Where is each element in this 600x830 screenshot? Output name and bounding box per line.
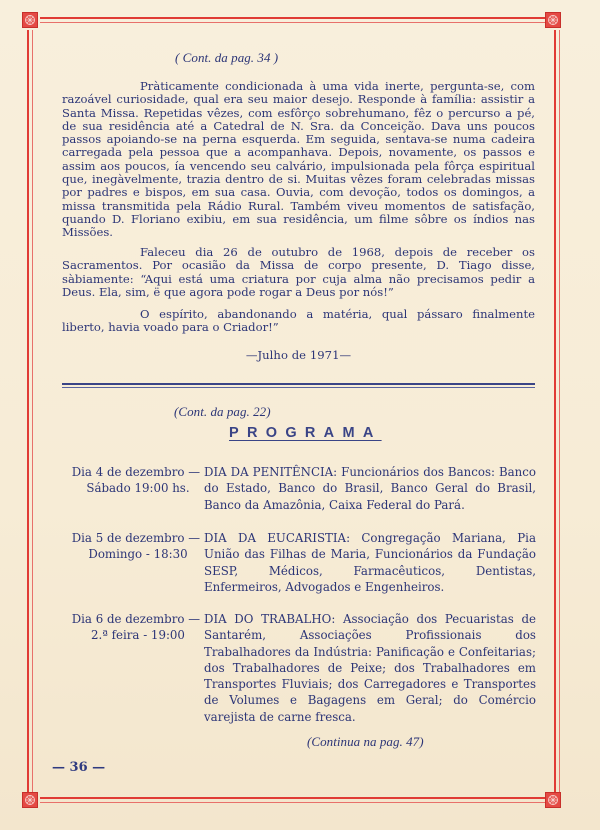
programa-item-date: Dia 5 de dezembro — Domingo - 18:30 [62,530,200,563]
corner-ornament-icon [545,12,561,28]
corner-ornament-icon [22,12,38,28]
programa-item-description: DIA DA PENITÊNCIA: Funcionários dos Banc… [204,464,536,513]
page-number: — 36 — [52,760,105,775]
programa-title: PROGRAMA [229,425,382,441]
corner-ornament-icon [22,792,38,808]
programa-item-time: Domingo - 18:30 [62,546,200,562]
corner-ornament-icon [545,792,561,808]
programa-item-date: Dia 4 de dezembro — Sábado 19:00 hs. [62,464,200,497]
programa-item-description: DIA DO TRABALHO: Associação dos Pecuaris… [204,611,536,725]
programa-item-time: Sábado 19:00 hs. [62,480,200,496]
programa-item-description: DIA DA EUCARISTIA: Congregação Mariana, … [204,530,536,595]
programa-continued-from: (Cont. da pag. 22) [174,405,271,419]
programa-continues-on: (Continua na pag. 47) [307,735,424,749]
document-page: ( Cont. da pag. 34 ) Pràticamente condic… [0,0,600,830]
article-paragraph-2: Faleceu dia 26 de outubro de 1968, depoi… [62,246,535,299]
article-continued-from: ( Cont. da pag. 34 ) [175,51,278,65]
article-paragraph-1: Pràticamente condicionada à uma vida ine… [62,80,535,240]
article-paragraph-3: O espírito, abandonando a matéria, qual … [62,308,535,335]
programa-item-date: Dia 6 de dezembro — 2.ª feira - 19:00 [62,611,200,644]
article-signature-date: —Julho de 1971— [62,349,535,363]
programa-item-time: 2.ª feira - 19:00 [62,627,200,643]
